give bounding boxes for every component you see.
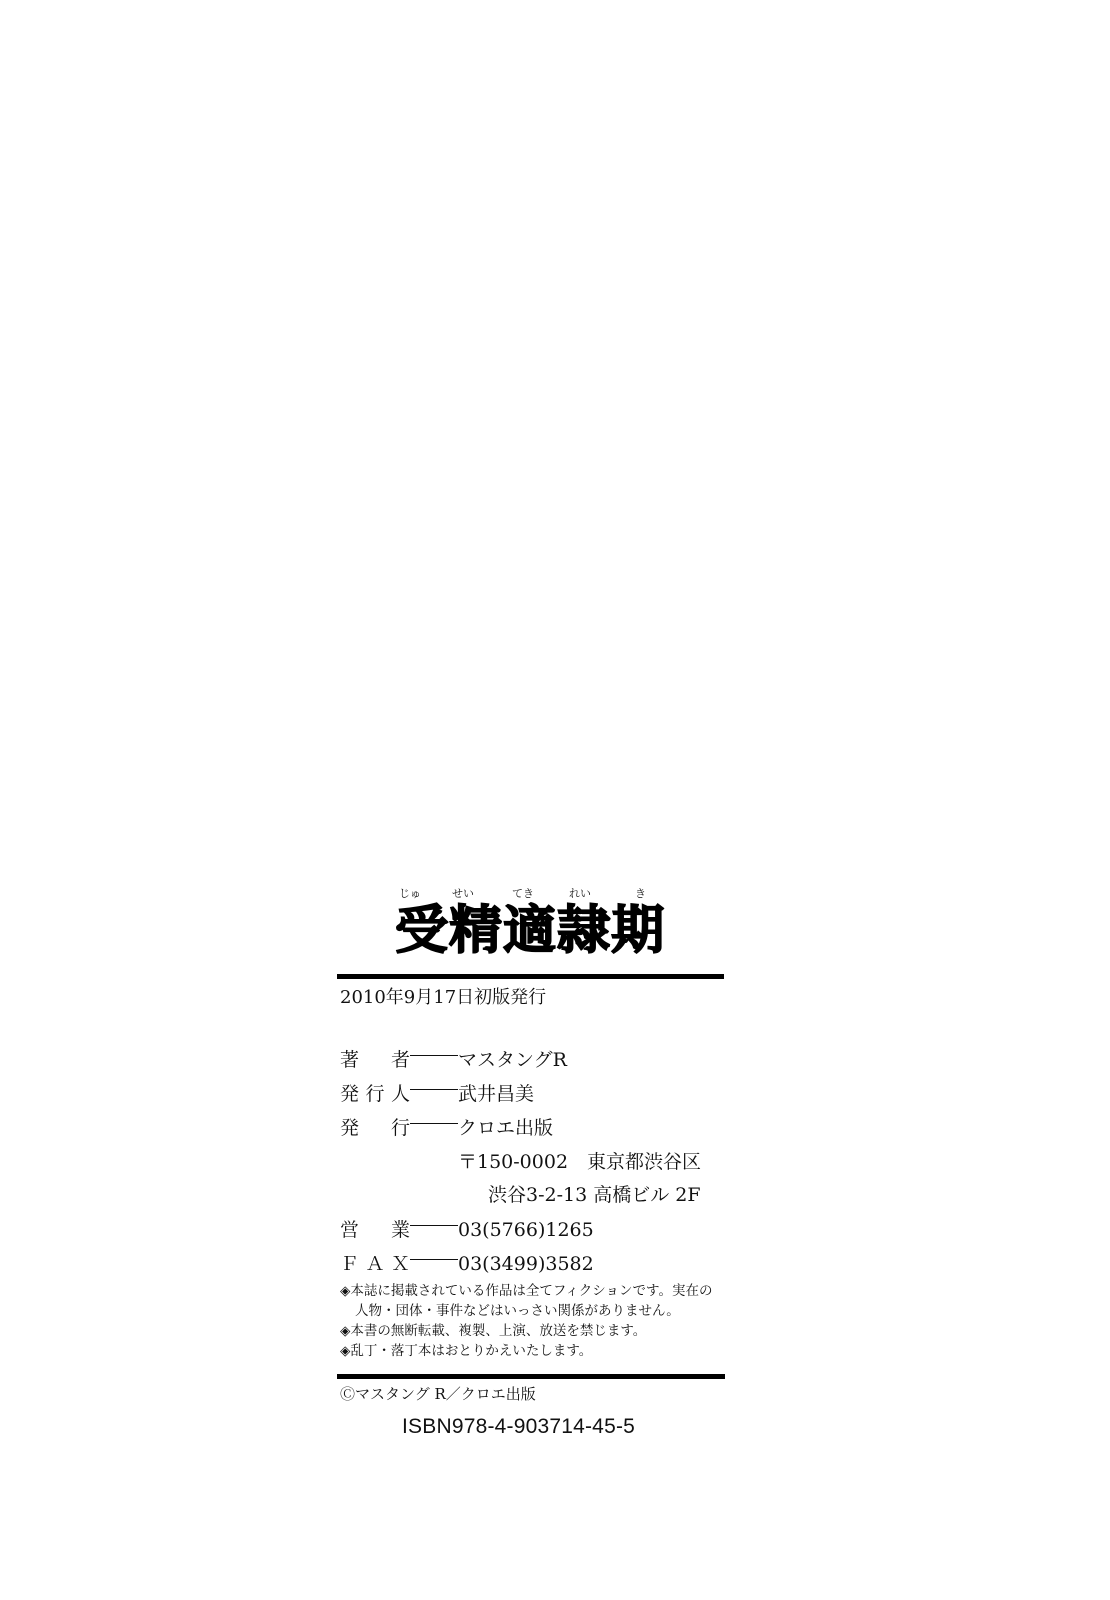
book-title: 受精適隷期 [395, 901, 665, 961]
top-rule-divider [337, 974, 724, 979]
credit-value: 03(3499)3582 [458, 1253, 594, 1275]
credit-value: 03(5766)1265 [458, 1219, 594, 1241]
credit-row-author: 著 者 マスタングR [340, 1045, 567, 1071]
credit-label: 発 行 [340, 1113, 410, 1140]
isbn: ISBN978-4-903714-45-5 [402, 1415, 635, 1439]
credit-value: クロエ出版 [458, 1113, 553, 1140]
credit-value: 武井昌美 [458, 1079, 534, 1106]
ruby-ki: き [635, 885, 646, 901]
credit-label: 発行人 [340, 1079, 410, 1106]
note-fiction-disclaimer-cont: 人物・団体・事件などはいっさい関係がありません。 [340, 1301, 730, 1321]
ruby-sei: せい [452, 885, 474, 901]
copyright-line: Ⓒマスタング R／クロエ出版 [340, 1383, 536, 1404]
credit-label: Ｆ Ａ Ｘ [340, 1249, 410, 1276]
address-line-2: 渋谷3-2-13 高橋ビル 2F [488, 1180, 701, 1207]
credit-label: 営 業 [340, 1215, 410, 1242]
credit-row-fax: Ｆ Ａ Ｘ 03(3499)3582 [340, 1249, 594, 1275]
note-fiction-disclaimer: ◈本誌に掲載されている作品は全てフィクションです。実在の [340, 1281, 730, 1301]
note-defective-copies: ◈乱丁・落丁本はおとりかえいたします。 [340, 1341, 730, 1361]
bottom-rule-divider [337, 1374, 725, 1379]
legal-notes: ◈本誌に掲載されている作品は全てフィクションです。実在の 人物・団体・事件などは… [340, 1281, 730, 1361]
credit-row-sales: 営 業 03(5766)1265 [340, 1215, 594, 1241]
dash-divider [410, 1089, 458, 1090]
note-reproduction-prohibited: ◈本書の無断転載、複製、上演、放送を禁じます。 [340, 1321, 730, 1341]
ruby-rei: れい [569, 885, 591, 901]
publication-date: 2010年9月17日初版発行 [340, 983, 546, 1009]
credit-row-publisher: 発 行 クロエ出版 [340, 1113, 553, 1139]
dash-divider [410, 1055, 458, 1056]
credit-label: 著 者 [340, 1045, 410, 1072]
dash-divider [410, 1259, 458, 1260]
ruby-ju: じゅ [399, 885, 421, 901]
credit-value: マスタングR [458, 1045, 567, 1072]
title-ruby: じゅ せい てき れい き [397, 885, 677, 901]
dash-divider [410, 1225, 458, 1226]
credit-row-publisher-person: 発行人 武井昌美 [340, 1079, 534, 1105]
ruby-teki: てき [512, 885, 534, 901]
dash-divider [410, 1123, 458, 1124]
address-line-1: 〒150-0002 東京都渋谷区 [458, 1147, 701, 1174]
